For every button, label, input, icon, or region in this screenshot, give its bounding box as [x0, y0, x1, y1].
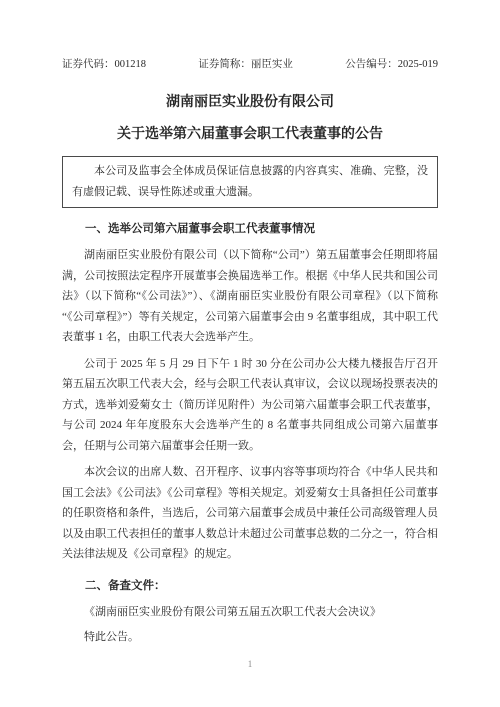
stock-code: 证券代码：001218 [62, 58, 146, 72]
section-1-heading: 一、选举公司第六届董事会职工代表董事情况 [62, 221, 438, 237]
reference-document: 《湖南丽臣实业股份有限公司第五届五次职工代表大会决议》 [62, 602, 438, 623]
section-1-paragraph-2: 公司于 2025 年 5 月 29 日下午 1 时 30 分在公司办公大楼九楼报… [62, 354, 438, 457]
page-number: 1 [0, 659, 500, 669]
section-1-paragraph-1: 湖南丽臣实业股份有限公司（以下简称“公司”）第五届董事会任期即将届满，公司按照法… [62, 245, 438, 348]
section-1-paragraph-3: 本次会议的出席人数、召开程序、议事内容等事项均符合《中华人民共和国工会法》《公司… [62, 462, 438, 565]
announcement-number: 公告编号：2025-019 [345, 58, 438, 72]
announcement-subject: 关于选举第六届董事会职工代表董事的公告 [62, 126, 438, 144]
disclaimer-text: 本公司及监事会全体成员保证信息披露的内容真实、准确、完整，没有虚假记载、误导性陈… [72, 161, 428, 202]
document-header: 证券代码：001218 证券简称：丽臣实业 公告编号：2025-019 [62, 58, 438, 72]
company-title: 湖南丽臣实业股份有限公司 [62, 94, 438, 112]
announcement-page: 证券代码：001218 证券简称：丽臣实业 公告编号：2025-019 湖南丽臣… [0, 0, 500, 707]
closing-statement: 特此公告。 [62, 627, 438, 648]
stock-abbr: 证券简称：丽臣实业 [198, 58, 293, 72]
section-2-heading: 二、备查文件： [62, 578, 438, 594]
disclaimer-box: 本公司及监事会全体成员保证信息披露的内容真实、准确、完整，没有虚假记载、误导性陈… [62, 156, 438, 208]
